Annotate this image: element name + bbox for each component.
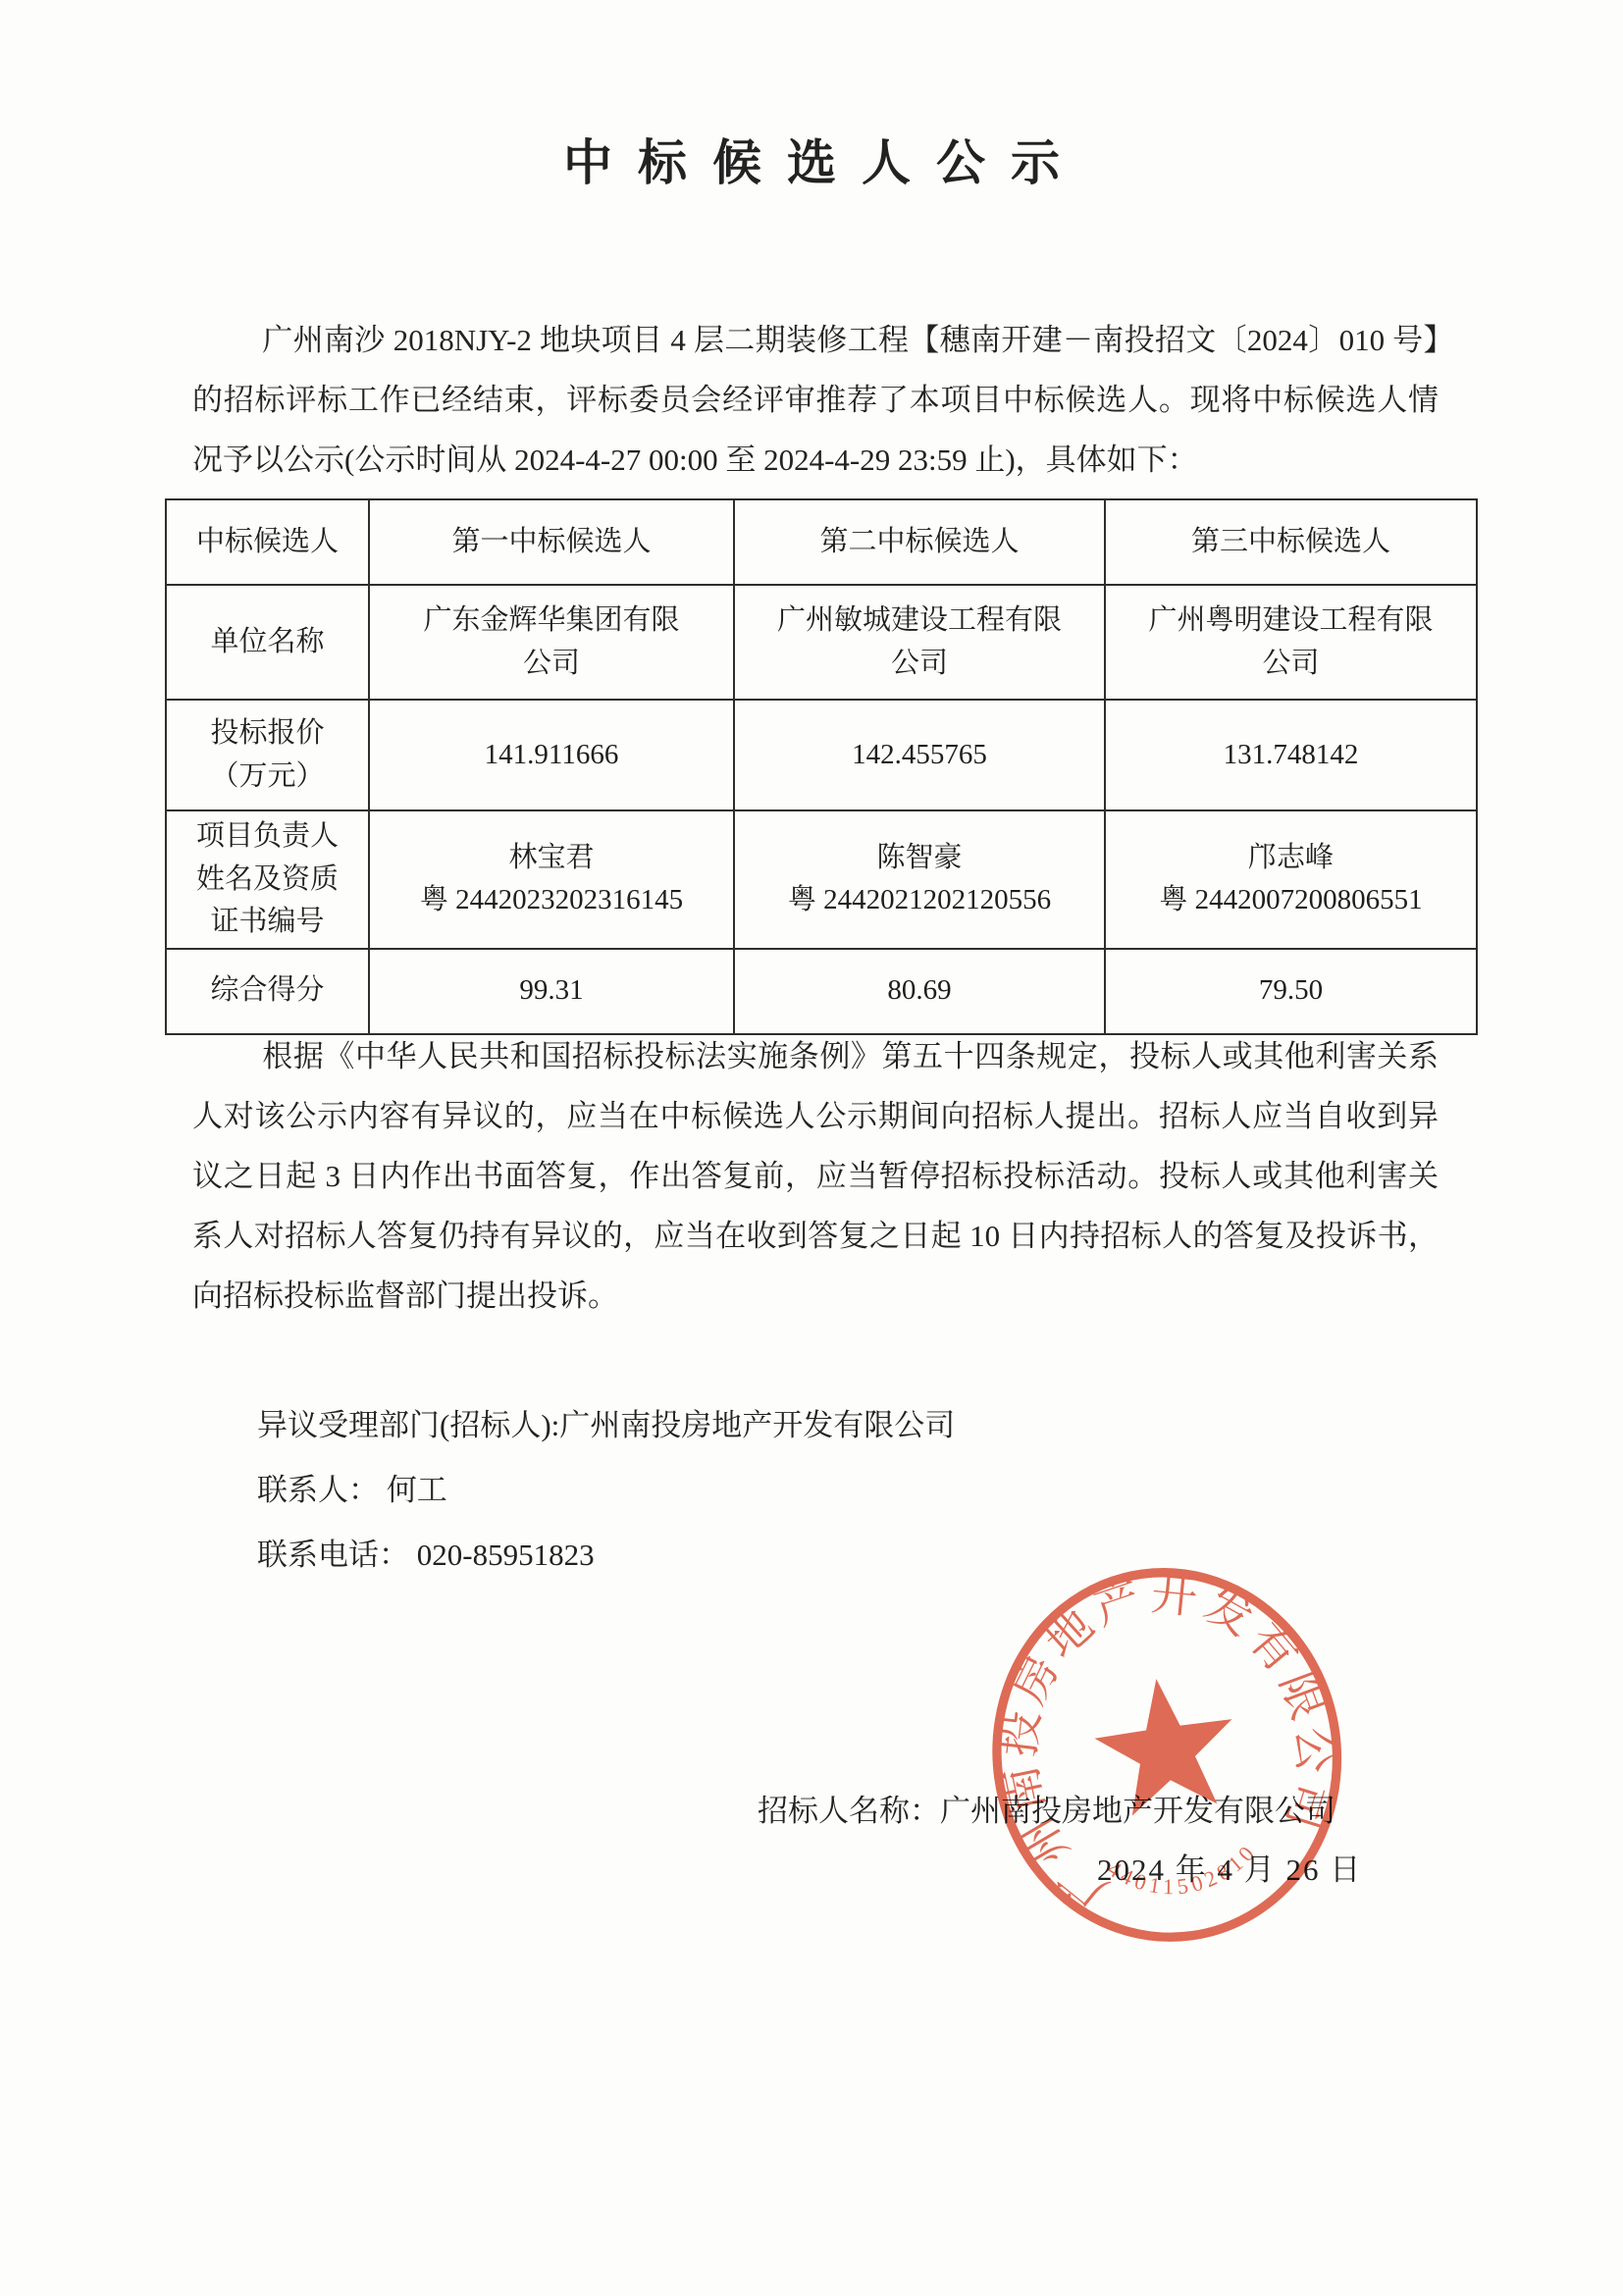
score-cell: 80.69 xyxy=(734,949,1105,1034)
header-cell: 第三中标候选人 xyxy=(1105,499,1477,585)
signature-date-line: 2024 年 4 月 26 日 xyxy=(1097,1845,1362,1889)
manager-cell: 林宝君 粤 2442023202316145 xyxy=(369,810,734,949)
table-header-row: 中标候选人 第一中标候选人 第二中标候选人 第三中标候选人 xyxy=(166,499,1477,585)
company-cell: 广州敏城建设工程有限公司 xyxy=(734,585,1105,700)
contact-person-line: 联系人： 何工 xyxy=(257,1458,955,1523)
price-cell: 142.455765 xyxy=(734,700,1105,810)
objection-department-line: 异议受理部门(招标人):广州南投房地产开发有限公司 xyxy=(257,1393,955,1458)
company-cell: 广东金辉华集团有限公司 xyxy=(369,585,734,700)
score-cell: 79.50 xyxy=(1105,949,1477,1034)
tenderer-name-line: 招标人名称：广州南投房地产开发有限公司 xyxy=(758,1786,1335,1830)
header-cell: 第二中标候选人 xyxy=(734,499,1105,585)
candidates-table: 中标候选人 第一中标候选人 第二中标候选人 第三中标候选人 单位名称 广东金辉华… xyxy=(165,498,1478,1035)
price-cell: 131.748142 xyxy=(1105,700,1477,810)
row-label: 单位名称 xyxy=(166,585,369,700)
row-label: 项目负责人 姓名及资质 证书编号 xyxy=(166,810,369,949)
price-cell: 141.911666 xyxy=(369,700,734,810)
table-row-manager: 项目负责人 姓名及资质 证书编号 林宝君 粤 2442023202316145 … xyxy=(166,810,1477,949)
header-cell: 中标候选人 xyxy=(166,499,369,585)
manager-cell: 陈智豪 粤 2442021202120556 xyxy=(734,810,1105,949)
company-seal-icon: 广州南投房地产开发有限公司 44011502810 xyxy=(960,1542,1375,1978)
seal-svg: 广州南投房地产开发有限公司 44011502810 xyxy=(960,1542,1375,1978)
company-cell: 广州粤明建设工程有限公司 xyxy=(1105,585,1477,700)
header-cell: 第一中标候选人 xyxy=(369,499,734,585)
table-row-price: 投标报价 （万元） 141.911666 142.455765 131.7481… xyxy=(166,700,1477,810)
manager-cell: 邝志峰 粤 2442007200806551 xyxy=(1105,810,1477,949)
contact-block: 异议受理部门(招标人):广州南投房地产开发有限公司 联系人： 何工 联系电话： … xyxy=(257,1393,955,1588)
row-label: 投标报价 （万元） xyxy=(166,700,369,810)
legal-paragraph: 根据《中华人民共和国招标投标法实施条例》第五十四条规定，投标人或其他利害关系人对… xyxy=(192,1026,1439,1326)
announcement-page: 中标候选人公示 广州南沙 2018NJY-2 地块项目 4 层二期装修工程【穗南… xyxy=(0,0,1623,2296)
contact-phone-line: 联系电话： 020-85951823 xyxy=(257,1523,955,1588)
intro-paragraph: 广州南沙 2018NJY-2 地块项目 4 层二期装修工程【穗南开建－南投招文〔… xyxy=(192,310,1439,490)
score-cell: 99.31 xyxy=(369,949,734,1034)
page-title: 中标候选人公示 xyxy=(0,124,1623,194)
table-row-company: 单位名称 广东金辉华集团有限公司 广州敏城建设工程有限公司 广州粤明建设工程有限… xyxy=(166,585,1477,700)
seal-ring xyxy=(973,1550,1360,1959)
table-row-score: 综合得分 99.31 80.69 79.50 xyxy=(166,949,1477,1034)
row-label: 综合得分 xyxy=(166,949,369,1034)
